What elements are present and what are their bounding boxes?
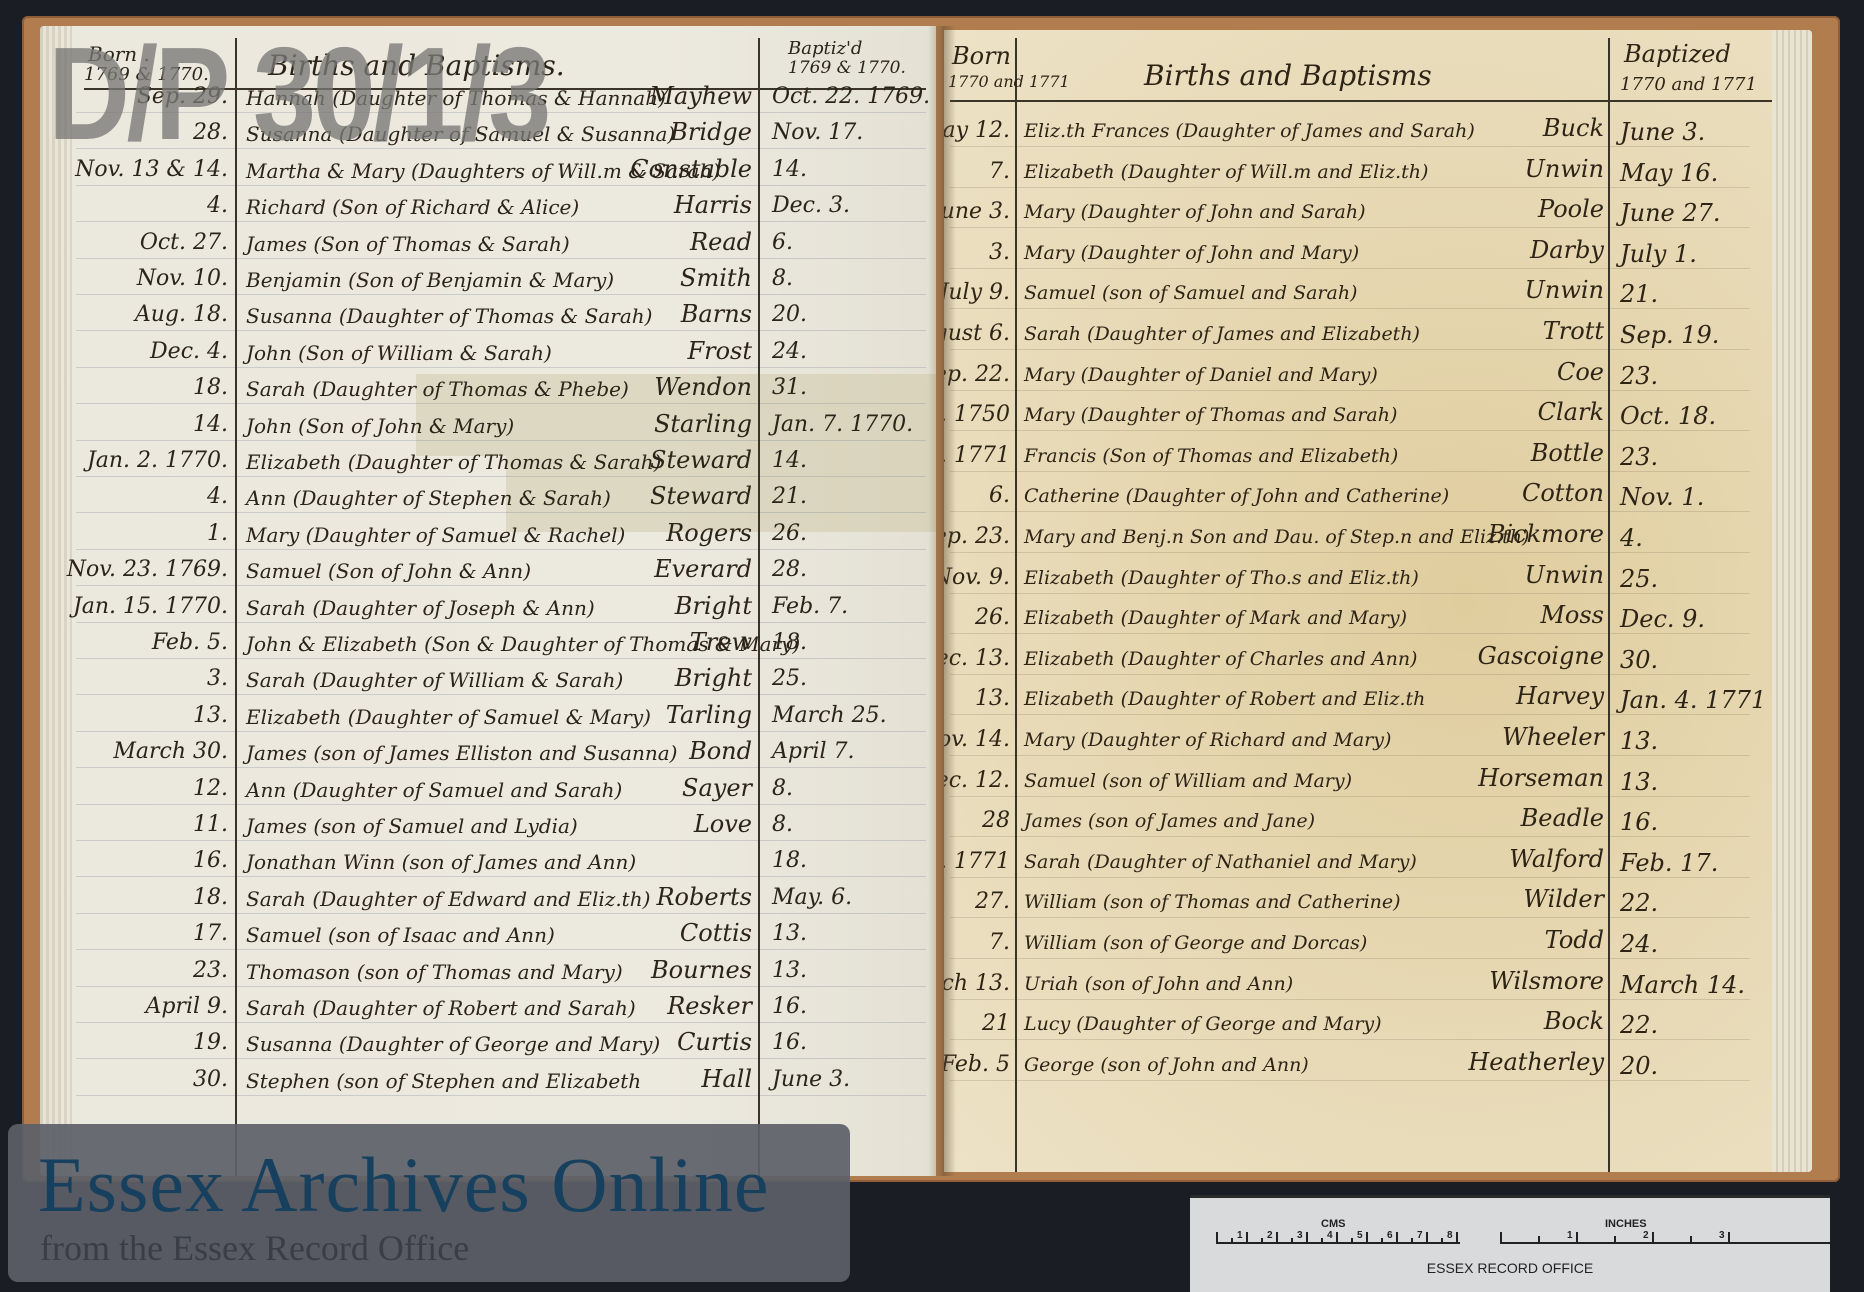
baptism-date: 4. [1620, 526, 1643, 550]
born-date: 3. [989, 242, 1010, 264]
surname: Cottis [680, 921, 752, 945]
archive-watermark: Essex Archives Online from the Essex Rec… [8, 1124, 850, 1282]
baptism-date: 23. [1620, 364, 1658, 388]
cm-tick [1336, 1232, 1338, 1244]
born-date: 6. [989, 485, 1010, 507]
baptism-date: June 27. [1620, 201, 1721, 225]
born-date: 30. [193, 1069, 228, 1091]
register-row: Oct. 27.James (Son of Thomas & Sarah)Rea… [40, 224, 936, 260]
register-row: 18.Sarah (Daughter of Thomas & Phebe)Wen… [40, 369, 936, 405]
entry-text: Richard (Son of Richard & Alice) [246, 197, 579, 217]
entry-text: Elizabeth (Daughter of Samuel & Mary) [246, 707, 651, 727]
surname: Darby [1530, 238, 1604, 262]
register-row: 11.James (son of Samuel and Lydia)Love8. [40, 806, 936, 842]
register-row: March 30.James (son of James Elliston an… [40, 733, 936, 769]
register-row: 6.Catherine (Daughter of John and Cather… [944, 475, 1812, 515]
baptism-date: 28. [772, 559, 807, 581]
born-date: 23. [193, 960, 228, 982]
surname: Trew [690, 630, 752, 654]
surname: Poole [1538, 197, 1604, 221]
surname: Bond [689, 739, 752, 763]
cm-tick [1456, 1232, 1458, 1244]
surname: Bright [675, 666, 752, 690]
register-row: 23.Thomason (son of Thomas and Mary)Bour… [40, 952, 936, 988]
left-page: Born . 1769 & 1770. Births and Baptisms.… [40, 26, 936, 1176]
surname: Read [690, 230, 752, 254]
surname: Sayer [682, 776, 752, 800]
cm-tick [1246, 1232, 1248, 1244]
surname: Bickmore [1488, 522, 1604, 546]
baptism-date: 25. [1620, 567, 1658, 591]
cm-tick [1426, 1232, 1428, 1244]
cm-tick-label: 1 [1237, 1231, 1243, 1241]
baptism-date: 21. [772, 486, 807, 508]
surname: Horseman [1478, 766, 1604, 790]
entry-text: Samuel (Son of John & Ann) [246, 561, 531, 581]
baptism-date: 16. [1620, 810, 1658, 834]
register-row: Aug. 18.Susanna (Daughter of Thomas & Sa… [40, 296, 936, 332]
register-row: March 13.Uriah (son of John and Ann)Wils… [944, 963, 1812, 1003]
baptism-date: 24. [772, 341, 807, 363]
baptism-date: Feb. 7. [772, 596, 848, 618]
surname: Coe [1557, 360, 1604, 384]
surname: Buck [1543, 116, 1604, 140]
register-row: 26.Elizabeth (Daughter of Mark and Mary)… [944, 597, 1812, 637]
entry-text: Mary (Daughter of Thomas and Sarah) [1024, 406, 1397, 425]
register-row: 27.William (son of Thomas and Catherine)… [944, 881, 1812, 921]
register-row: 12.Ann (Daughter of Samuel and Sarah)Say… [40, 770, 936, 806]
entry-text: Sarah (Daughter of Nathaniel and Mary) [1024, 853, 1417, 872]
register-row: 3.Mary (Daughter of John and Mary)DarbyJ… [944, 232, 1812, 272]
entry-text: Mary (Daughter of Richard and Mary) [1024, 731, 1391, 750]
cm-half-tick [1411, 1238, 1413, 1244]
cm-half-tick [1441, 1238, 1443, 1244]
cm-tick [1276, 1232, 1278, 1244]
surname: Hall [701, 1067, 752, 1091]
surname: Bock [1544, 1009, 1604, 1033]
baptism-date: 26. [772, 523, 807, 545]
surname: Bottle [1531, 441, 1604, 465]
register-row: 4.Richard (Son of Richard & Alice)Harris… [40, 187, 936, 223]
entry-text: Samuel (son of Isaac and Ann) [246, 925, 555, 945]
surname: Gascoigne [1478, 644, 1604, 668]
baptism-date: 13. [772, 923, 807, 945]
born-date: 28 [982, 810, 1010, 832]
inch-tick-label: 3 [1719, 1231, 1725, 1241]
entry-text: Thomason (son of Thomas and Mary) [246, 962, 623, 982]
cm-half-tick [1381, 1238, 1383, 1244]
born-date: 1. [207, 523, 228, 545]
surname: Barns [681, 302, 752, 326]
born-date: 13. [193, 705, 228, 727]
baptism-date: 22. [1620, 891, 1658, 915]
cm-half-tick [1261, 1238, 1263, 1244]
surname: Heatherley [1468, 1050, 1604, 1074]
register-row: 13.Elizabeth (Daughter of Samuel & Mary)… [40, 697, 936, 733]
surname: Smith [680, 266, 752, 290]
inch-half-tick [1614, 1236, 1616, 1244]
born-date: 14. [193, 414, 228, 436]
surname: Steward [650, 448, 752, 472]
register-row: Nov. 14.Mary (Daughter of Richard and Ma… [944, 719, 1812, 759]
entry-text: Sarah (Daughter of James and Elizabeth) [1024, 325, 1420, 344]
born-date: 27. [975, 891, 1010, 913]
register-row: 7.Elizabeth (Daughter of Will.m and Eliz… [944, 151, 1812, 191]
baptism-date: 16. [772, 996, 807, 1018]
surname: Walford [1509, 847, 1604, 871]
register-row: Oct. 13. 1771Francis (Son of Thomas and … [944, 435, 1812, 475]
entry-text: Elizabeth (Daughter of Mark and Mary) [1024, 609, 1407, 628]
baptism-date: Jan. 4. 1771 [1620, 688, 1766, 712]
entry-text: James (son of James Elliston and Susanna… [246, 743, 677, 763]
register-row: 28James (son of James and Jane)Beadle16. [944, 800, 1812, 840]
surname: Bright [675, 594, 752, 618]
entry-text: Ann (Daughter of Samuel and Sarah) [246, 780, 622, 800]
inch-tick [1500, 1232, 1502, 1244]
baptism-date: Dec. 3. [772, 195, 850, 217]
inch-half-tick [1538, 1236, 1540, 1244]
baptized-header-line1: Baptized [1624, 42, 1731, 66]
baptized-header-line2: 1770 and 1771 [1620, 76, 1757, 94]
surname: Wilder [1523, 887, 1604, 911]
born-date: 13. [975, 688, 1010, 710]
born-date: 18. [193, 377, 228, 399]
register-row: June 3.Mary (Daughter of John and Sarah)… [944, 191, 1812, 231]
born-header-line1: Born [952, 44, 1011, 68]
surname: Frost [687, 339, 752, 363]
inch-tick [1728, 1232, 1730, 1244]
entry-text: Francis (Son of Thomas and Elizabeth) [1024, 447, 1398, 466]
born-date: Jan. 15. 1770. [73, 596, 228, 618]
born-date: 19. [193, 1032, 228, 1054]
surname: Clark [1538, 400, 1604, 424]
baptism-date: March 25. [772, 705, 887, 727]
archive-watermark-title: Essex Archives Online [38, 1146, 770, 1224]
register-row: May 12.Eliz.th Frances (Daughter of Jame… [944, 110, 1812, 150]
entry-text: Elizabeth (Daughter of Charles and Ann) [1024, 650, 1417, 669]
surname: Resker [667, 994, 752, 1018]
register-row: 4.Ann (Daughter of Stephen & Sarah)Stewa… [40, 478, 936, 514]
register-row: July 9.Samuel (son of Samuel and Sarah)U… [944, 272, 1812, 312]
baptism-date: 8. [772, 814, 793, 836]
register-row: Feb. 5George (son of John and Ann)Heathe… [944, 1044, 1812, 1084]
baptism-date: 22. [1620, 1013, 1658, 1037]
born-date: 4. [207, 486, 228, 508]
inch-tick [1652, 1232, 1654, 1244]
entry-text: Catherine (Daughter of John and Catherin… [1024, 487, 1449, 506]
baptism-date: 13. [772, 960, 807, 982]
book-gutter [928, 26, 956, 1176]
register-row: Nov. 9.Elizabeth (Daughter of Tho.s and … [944, 557, 1812, 597]
baptism-date: Oct. 22. 1769. [772, 86, 930, 108]
baptized-header-line2: 1769 & 1770. [788, 60, 906, 77]
surname: Wheeler [1502, 725, 1604, 749]
entry-text: Elizabeth (Daughter of Tho.s and Eliz.th… [1024, 569, 1419, 588]
born-header-line2: 1770 and 1771 [948, 74, 1070, 90]
register-row: Sep. 23.Mary and Benj.n Son and Dau. of … [944, 516, 1812, 556]
surname: Steward [650, 484, 752, 508]
baptism-date: 18. [772, 850, 807, 872]
entry-text: John (Son of William & Sarah) [246, 343, 552, 363]
cm-tick [1306, 1232, 1308, 1244]
baptism-date: 8. [772, 268, 793, 290]
entry-text: Jonathan Winn (son of James and Ann) [246, 852, 636, 872]
born-date: 21 [982, 1013, 1010, 1035]
register-row: 13.Elizabeth (Daughter of Robert and Eli… [944, 678, 1812, 718]
baptism-date: 21. [1620, 282, 1658, 306]
entry-text: Mary and Benj.n Son and Dau. of Step.n a… [1024, 528, 1529, 547]
scale-bar: CMS 12345678 INCHES 123 ESSEX RECORD OFF… [1190, 1195, 1830, 1292]
baptism-date: May 16. [1620, 161, 1718, 185]
register-row: 21Lucy (Daughter of George and Mary)Bock… [944, 1003, 1812, 1043]
surname: Unwin [1525, 278, 1604, 302]
baptism-date: 13. [1620, 770, 1658, 794]
born-date: Aug. 18. [135, 304, 228, 326]
register-row: Jan. 2. 1770.Elizabeth (Daughter of Thom… [40, 442, 936, 478]
baptism-date: 20. [1620, 1054, 1658, 1078]
baptism-date: 8. [772, 778, 793, 800]
cm-half-tick [1321, 1238, 1323, 1244]
born-date: 18. [193, 887, 228, 909]
register-row: April 9.Sarah (Daughter of Robert and Sa… [40, 988, 936, 1024]
surname: Moss [1540, 603, 1604, 627]
surname: Beadle [1521, 806, 1604, 830]
surname: Trott [1543, 319, 1604, 343]
baptism-date: March 14. [1620, 973, 1745, 997]
cm-tick-label: 3 [1297, 1231, 1303, 1241]
entry-text: Sarah (Daughter of Joseph & Ann) [246, 598, 595, 618]
baptism-date: Nov. 17. [772, 122, 863, 144]
entry-text: William (son of Thomas and Catherine) [1024, 893, 1401, 912]
surname: Bridge [670, 120, 752, 144]
inches-ruler [1500, 1242, 1830, 1244]
entry-text: James (Son of Thomas & Sarah) [246, 234, 570, 254]
inch-tick-label: 1 [1567, 1231, 1573, 1241]
baptism-date: 30. [1620, 648, 1658, 672]
baptism-date: 20. [772, 304, 807, 326]
entry-text: James (son of James and Jane) [1024, 812, 1315, 831]
born-date: 26. [975, 607, 1010, 629]
baptism-date: Oct. 18. [1620, 404, 1716, 428]
cm-tick-label: 5 [1357, 1231, 1363, 1241]
born-date: Nov. 23. 1769. [67, 559, 228, 581]
surname: Tarling [666, 703, 752, 727]
surname: Rogers [666, 521, 752, 545]
born-date: Oct. 27. [140, 232, 228, 254]
cm-tick [1366, 1232, 1368, 1244]
register-row: Feb. 5.John & Elizabeth (Son & Daughter … [40, 624, 936, 660]
register-row: 16.Jonathan Winn (son of James and Ann)1… [40, 842, 936, 878]
born-date: 3. [207, 668, 228, 690]
baptism-date: 18. [772, 632, 807, 654]
baptism-date: 16. [772, 1032, 807, 1054]
born-date: April 9. [145, 996, 228, 1018]
surname: Curtis [677, 1030, 752, 1054]
inches-label: INCHES [1605, 1218, 1647, 1230]
entry-text: George (son of John and Ann) [1024, 1056, 1309, 1075]
entry-text: Mary (Daughter of John and Mary) [1024, 244, 1359, 263]
register-row: Nov. 10.Benjamin (Son of Benjamin & Mary… [40, 260, 936, 296]
entry-text: Mary (Daughter of Daniel and Mary) [1024, 366, 1378, 385]
cm-tick-label: 2 [1267, 1231, 1273, 1241]
born-date: 12. [193, 778, 228, 800]
baptized-header-line1: Baptiz'd [788, 40, 862, 58]
register-row: 7.William (son of George and Dorcas)Todd… [944, 922, 1812, 962]
surname: Starling [654, 412, 752, 436]
baptism-date: July 1. [1620, 242, 1697, 266]
right-page: Born 1770 and 1771 Births and Baptisms B… [944, 30, 1812, 1172]
cm-tick [1396, 1232, 1398, 1244]
register-row: Sep. 22.Mary (Daughter of Daniel and Mar… [944, 354, 1812, 394]
entry-text: Susanna (Daughter of George and Mary) [246, 1034, 660, 1054]
entry-text: James (son of Samuel and Lydia) [246, 816, 578, 836]
register-row: 30.Stephen (son of Stephen and Elizabeth… [40, 1061, 936, 1097]
surname: Love [694, 812, 752, 836]
surname: Todd [1545, 928, 1604, 952]
register-row: 19.Susanna (Daughter of George and Mary)… [40, 1024, 936, 1060]
baptism-date: Sep. 19. [1620, 323, 1719, 347]
surname: Mayhew [649, 84, 752, 108]
baptism-date: Nov. 1. [1620, 485, 1704, 509]
register-row: Jan. 15. 1770.Sarah (Daughter of Joseph … [40, 588, 936, 624]
born-date: 7. [989, 161, 1010, 183]
entry-text: Ann (Daughter of Stephen & Sarah) [246, 488, 611, 508]
register-row: 18.Sarah (Daughter of Edward and Eliz.th… [40, 879, 936, 915]
surname: Cotton [1522, 481, 1604, 505]
baptism-date: 25. [772, 668, 807, 690]
entry-text: Samuel (son of Samuel and Sarah) [1024, 284, 1357, 303]
register-row: Dec. 12.Samuel (son of William and Mary)… [944, 760, 1812, 800]
scale-bar-footer: ESSEX RECORD OFFICE [1190, 1260, 1830, 1276]
baptism-date: Feb. 17. [1620, 851, 1718, 875]
born-date: Nov. 10. [137, 268, 228, 290]
baptism-date: April 7. [772, 741, 855, 763]
entry-text: Sarah (Daughter of Robert and Sarah) [246, 998, 636, 1018]
surname: Everard [654, 557, 752, 581]
cms-ruler [1216, 1242, 1460, 1244]
entry-text: Uriah (son of John and Ann) [1024, 975, 1293, 994]
surname: Unwin [1525, 157, 1604, 181]
cm-half-tick [1231, 1238, 1233, 1244]
surname: Harvey [1516, 684, 1604, 708]
register-row: August 6.Sarah (Daughter of James and El… [944, 313, 1812, 353]
cm-tick [1216, 1232, 1218, 1244]
register-row: 17.Samuel (son of Isaac and Ann)Cottis13… [40, 915, 936, 951]
register-row: Dec. 13.Elizabeth (Daughter of Charles a… [944, 638, 1812, 678]
baptism-date: June 3. [772, 1069, 850, 1091]
entry-text: Mary (Daughter of John and Sarah) [1024, 203, 1366, 222]
baptism-date: 23. [1620, 445, 1658, 469]
surname: Roberts [656, 885, 752, 909]
born-date: 16. [193, 850, 228, 872]
born-date: Jan. 2. 1770. [87, 450, 228, 472]
surname: Wilsmore [1489, 969, 1604, 993]
register-row: Dec. 4.John (Son of William & Sarah)Fros… [40, 333, 936, 369]
inch-tick [1576, 1232, 1578, 1244]
surname: Bournes [651, 958, 752, 982]
entry-text: Stephen (son of Stephen and Elizabeth [246, 1071, 641, 1091]
entry-text: Samuel (son of William and Mary) [1024, 772, 1352, 791]
surname: Unwin [1525, 563, 1604, 587]
baptism-date: Jan. 7. 1770. [772, 414, 913, 436]
header-underline [950, 100, 1772, 102]
baptism-date: 6. [772, 232, 793, 254]
entry-text: John (Son of John & Mary) [246, 416, 514, 436]
baptism-date: May. 6. [772, 887, 852, 909]
baptism-date: 14. [772, 450, 807, 472]
entry-text: Elizabeth (Daughter of Thomas & Sarah) [246, 452, 661, 472]
cm-tick-label: 8 [1447, 1231, 1453, 1241]
register-row: 14.John (Son of John & Mary)StarlingJan.… [40, 406, 936, 442]
surname: Harris [674, 193, 752, 217]
surname: Wendon [654, 375, 752, 399]
born-date: 11. [193, 814, 228, 836]
baptism-date: 14. [772, 159, 807, 181]
baptism-date: June 3. [1620, 120, 1705, 144]
baptism-date: Dec. 9. [1620, 607, 1705, 631]
entry-text: Sarah (Daughter of Edward and Eliz.th) [246, 889, 650, 909]
baptism-date: 24. [1620, 932, 1658, 956]
entry-text: Susanna (Daughter of Thomas & Sarah) [246, 306, 652, 326]
entry-text: Elizabeth (Daughter of Will.m and Eliz.t… [1024, 163, 1428, 182]
cm-half-tick [1351, 1238, 1353, 1244]
inch-half-tick [1690, 1236, 1692, 1244]
born-date: 4. [207, 195, 228, 217]
register-row: Nov. 23. 1769.Samuel (Son of John & Ann)… [40, 551, 936, 587]
born-date: Feb. 5. [152, 632, 228, 654]
entry-text: Lucy (Daughter of George and Mary) [1024, 1015, 1382, 1034]
entry-text: Benjamin (Son of Benjamin & Mary) [246, 270, 614, 290]
cms-label: CMS [1321, 1218, 1345, 1230]
register-row: Nov. 6. 1750Mary (Daughter of Thomas and… [944, 394, 1812, 434]
born-date: March 30. [113, 741, 228, 763]
baptism-date: 13. [1620, 729, 1658, 753]
entry-text: Eliz.th Frances (Daughter of James and S… [1024, 122, 1475, 141]
born-date: Dec. 4. [150, 341, 228, 363]
entry-text: Mary (Daughter of Samuel & Rachel) [246, 525, 625, 545]
cm-tick-label: 4 [1327, 1231, 1333, 1241]
archive-watermark-subtitle: from the Essex Record Office [40, 1230, 469, 1266]
born-date: 7. [989, 932, 1010, 954]
entry-text: William (son of George and Dorcas) [1024, 934, 1367, 953]
page-title: Births and Baptisms [1144, 62, 1432, 90]
baptism-date: 31. [772, 377, 807, 399]
entry-text: Sarah (Daughter of William & Sarah) [246, 670, 623, 690]
surname: Constable [630, 157, 752, 181]
document-reference-watermark: D/P 30/1/3 [48, 28, 548, 160]
born-date: 17. [193, 923, 228, 945]
cm-tick-label: 7 [1417, 1231, 1423, 1241]
cm-half-tick [1291, 1238, 1293, 1244]
register-row: 1.Mary (Daughter of Samuel & Rachel)Roge… [40, 515, 936, 551]
register-row: 3.Sarah (Daughter of William & Sarah)Bri… [40, 660, 936, 696]
cm-tick-label: 6 [1387, 1231, 1393, 1241]
entry-text: Elizabeth (Daughter of Robert and Eliz.t… [1024, 690, 1425, 709]
entry-text: Sarah (Daughter of Thomas & Phebe) [246, 379, 629, 399]
register-row: Jan. 6. 1771Sarah (Daughter of Nathaniel… [944, 841, 1812, 881]
inch-tick-label: 2 [1643, 1231, 1649, 1241]
